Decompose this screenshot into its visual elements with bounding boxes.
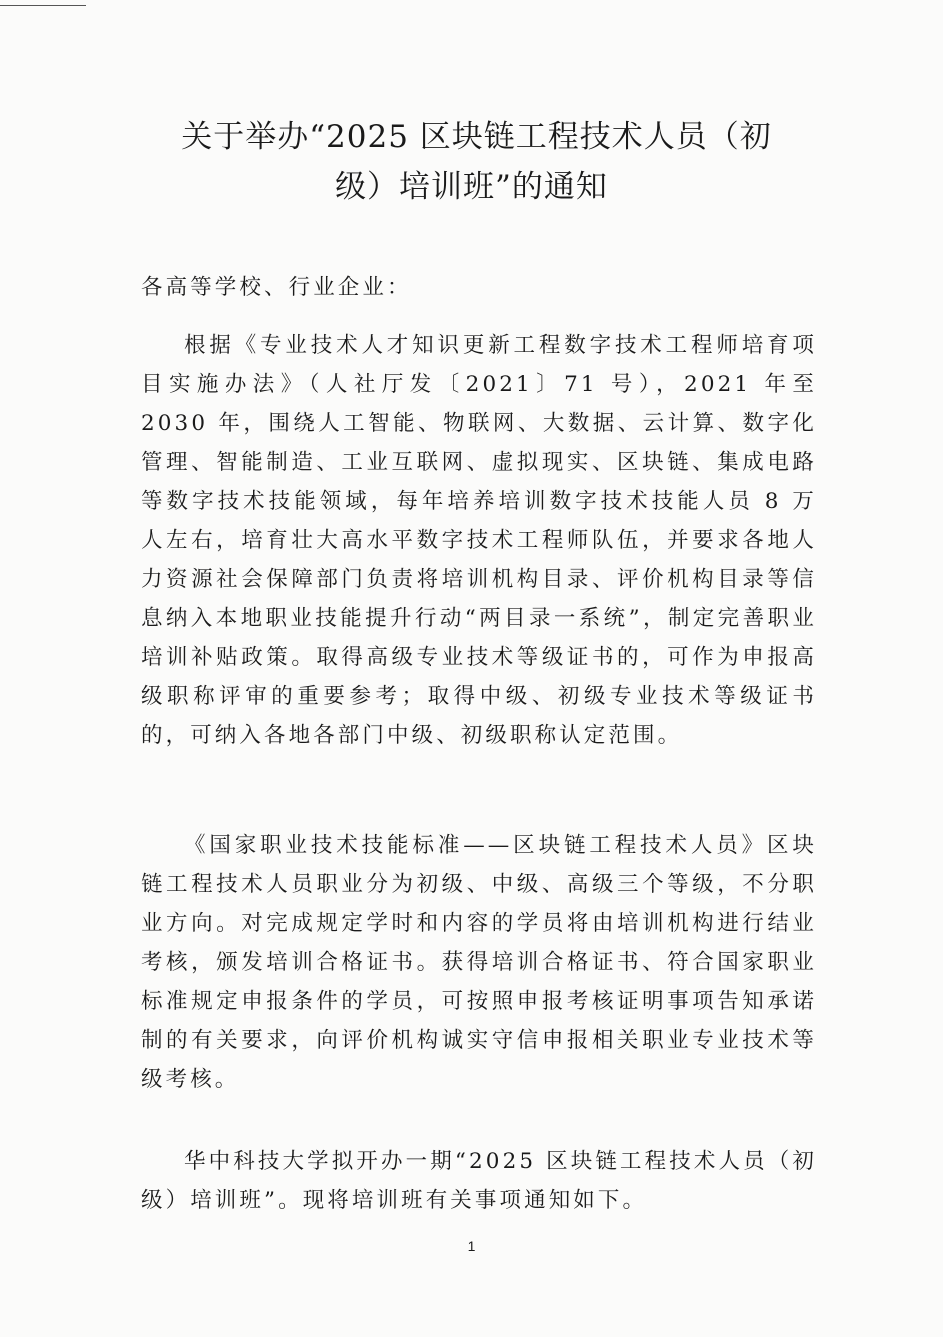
page-number: 1 [0,1238,943,1254]
title-line-1: 关于举办“2025 区块链工程技术人员（初 [0,112,943,162]
document-title: 关于举办“2025 区块链工程技术人员（初 级）培训班”的通知 [0,112,943,212]
title-line-2: 级）培训班”的通知 [0,162,943,212]
paragraph-3: 华中科技大学拟开办一期“2025 区块链工程技术人员（初级）培训班”。现将培训班… [141,1142,817,1220]
salutation: 各高等学校、行业企业： [141,268,817,307]
paragraph-1: 根据《专业技术人才知识更新工程数字技术工程师培育项目实施办法》（人社厅发〔202… [141,326,817,755]
scan-artifact-line [0,5,86,6]
paragraph-2: 《国家职业技术技能标准——区块链工程技术人员》区块链工程技术人员职业分为初级、中… [141,826,817,1099]
